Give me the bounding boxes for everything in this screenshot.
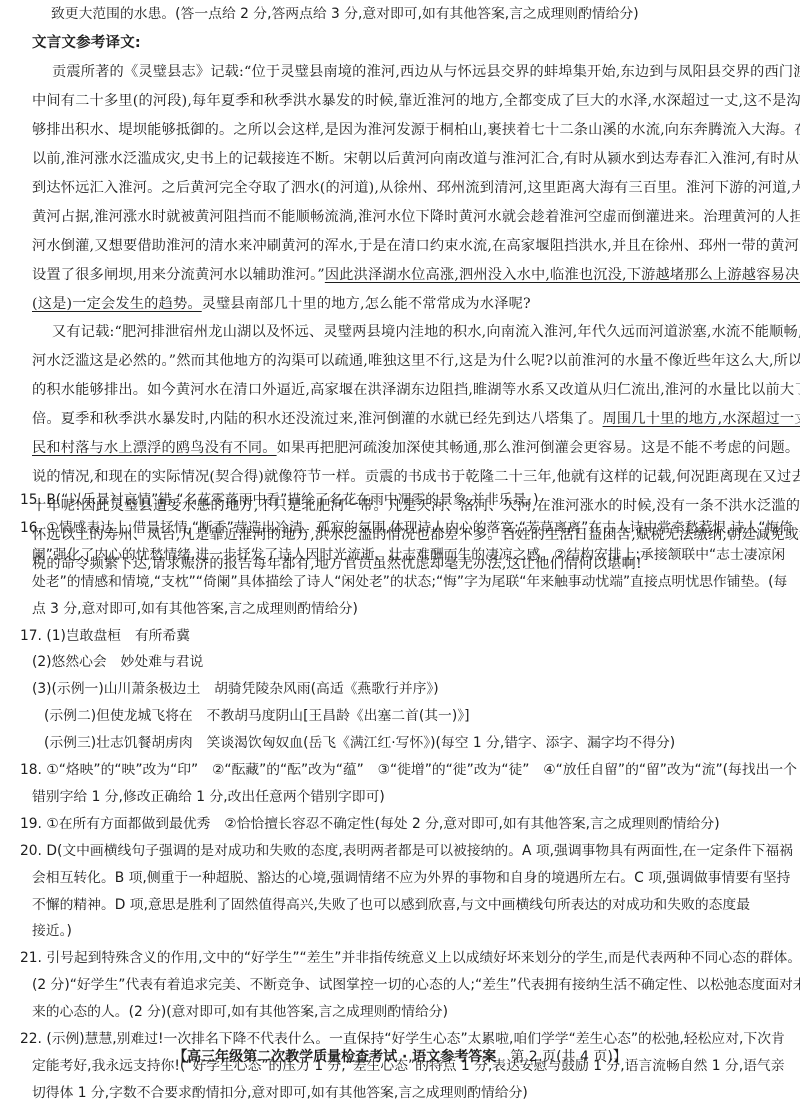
- footer-title: 【高三年级第二次教学质量检查考试 · 语文参考答案: [173, 1049, 496, 1065]
- answer-15: 15. B(“以乐景衬哀情”错,“名花零落雨中看”描绘了名花在雨中凋零的景象,并…: [20, 490, 800, 510]
- answer-17-line: (3)(示例一)山川萧条极边土 胡骑凭陵杂风雨(高适《燕歌行并序》): [32, 679, 800, 699]
- translation-p1-line: (这是)一定会发生的趋势。灵璧县南部几十里的地方,怎么能不常常成为水泽呢?: [32, 294, 800, 314]
- answer-17-line: (示例三)壮志饥餐胡虏肉 笑谈渴饮匈奴血(岳飞《满江红·写怀》)(每空 1 分,…: [44, 733, 800, 753]
- answer-16-line: 处老”的情感和情境,“支枕”“倚阑”具体描绘了诗人“闲处老”的状态;“悔”字为尾…: [32, 572, 800, 592]
- intro-line: 致更大范围的水患。(答一点给 2 分,答两点给 3 分,意对即可,如有其他答案,…: [51, 4, 800, 24]
- answer-16-line: 16. ①情感表达上:借景抒情,“断香”营造出冷清、孤寂的氛围,体现诗人内心的落…: [20, 518, 800, 538]
- translation-p2-line: 民和村落与水上漂浮的鸥鸟没有不同。如果再把肥河疏浚加深使其畅通,那么淮河倒灌会更…: [32, 438, 800, 458]
- translation-p2-line: 河水泛滥这是必然的。”然而其他地方的沟渠可以疏通,唯独这里不行,这是为什么呢?以…: [32, 351, 800, 371]
- plain-text: 倍。夏季和秋季洪水暴发时,内陆的积水还没流过来,淮河倒灌的水就已经先到达八塔集了…: [32, 411, 603, 427]
- answer-18-line: 18. ①“烙映”的“映”改为“印” ②“酝藏”的“酝”改为“蕴” ③“徙增”的…: [20, 760, 800, 780]
- answer-16-line: 阑”强化了内心的忧愁情绪,进一步抒发了诗人因时光流逝、壮志难酬而生的凄凉之感。②…: [32, 545, 800, 565]
- answer-key-page: 致更大范围的水患。(答一点给 2 分,答两点给 3 分,意对即可,如有其他答案,…: [0, 0, 800, 1075]
- underlined-sentence: 周围几十里的地方,水深超过一丈,居: [603, 411, 800, 427]
- underlined-sentence: (这是)一定会发生的趋势。: [32, 296, 202, 312]
- answer-17-line: (示例二)但使龙城飞将在 不教胡马度阴山[王昌龄《出塞二首(其一)》]: [44, 706, 800, 726]
- answer-16-line: 点 3 分,意对即可,如有其他答案,言之成理则酌情给分): [32, 599, 800, 619]
- translation-p2-line: 的积水能够排出。如今黄河水在清口外逼近,高家堰在洪泽湖东边阻挡,睢湖等水系又改道…: [32, 380, 800, 400]
- translation-p2-line: 倍。夏季和秋季洪水暴发时,内陆的积水还没流过来,淮河倒灌的水就已经先到达八塔集了…: [32, 409, 800, 429]
- translation-p1-line: 够排出积水、堤坝能够抵御的。之所以会这样,是因为淮河发源于桐柏山,裹挟着七十二条…: [32, 120, 800, 140]
- answer-17-line: (2)悠然心会 妙处难与君说: [32, 652, 800, 672]
- translation-p1-line: 河水倒灌,又想要借助淮河的清水来冲刷黄河的浑水,于是在清口约束水流,在高家堰阻挡…: [32, 236, 800, 256]
- translation-p1-line: 以前,淮河涨水泛滥成灾,史书上的记载接连不断。宋朝以后黄河向南改道与淮河汇合,有…: [32, 149, 800, 169]
- translation-p2-line: 说的情况,和现在的实际情况(契合得)就像符节一样。贡震的书成书于乾隆二十三年,他…: [32, 467, 800, 487]
- answer-18-line: 错别字给 1 分,修改正确给 1 分,改出任意两个错别字即可): [32, 787, 800, 807]
- plain-text: 灵璧县南部几十里的地方,怎么能不常常成为水泽呢?: [202, 296, 531, 312]
- translation-p1-line: 贡震所著的《灵璧县志》记载:“位于灵璧县南境的淮河,西边从与怀远县交界的蚌埠集开…: [52, 62, 800, 82]
- footer-page-number: 第 2 页(共 4 页)】: [496, 1049, 627, 1065]
- translation-p1-line: 中间有二十多里(的河段),每年夏季和秋季洪水暴发的时候,靠近淮河的地方,全都变成…: [32, 91, 800, 111]
- translation-p1-line: 到达怀远汇入淮河。之后黄河完全夺取了泗水(的河道),从徐州、邳州流到清河,这里距…: [32, 178, 800, 198]
- underlined-sentence: 因此洪泽湖水位高涨,泗州没入水中,临淮也沉没,下游越堵那么上游越容易决堤,: [325, 267, 800, 283]
- underlined-sentence: 民和村落与水上漂浮的鸥鸟没有不同。: [32, 440, 277, 456]
- translation-p1-line: 黄河占据,淮河涨水时就被黄河阻挡而不能顺畅流淌,淮河水位下降时黄河水就会趁着淮河…: [32, 207, 800, 227]
- plain-text: 设置了很多闸坝,用来分流黄河水以辅助淮河。”: [32, 267, 325, 283]
- translation-heading: 文言文参考译文:: [32, 33, 800, 53]
- translation-p1-line: 设置了很多闸坝,用来分流黄河水以辅助淮河。”因此洪泽湖水位高涨,泗州没入水中,临…: [32, 265, 800, 285]
- translation-p2-line: 又有记载:“肥河排泄宿州龙山湖以及怀远、灵璧两县境内洼地的积水,向南流入淮河,年…: [52, 322, 800, 342]
- plain-text: 如果再把肥河疏浚加深使其畅通,那么淮河倒灌会更容易。这是不能不考虑的问题。贡震所: [277, 440, 800, 456]
- page-footer: 【高三年级第二次教学质量检查考试 · 语文参考答案 第 2 页(共 4 页)】: [0, 1046, 800, 1066]
- answer-17-line: 17. (1)岂敢盘桓 有所希冀: [20, 626, 800, 646]
